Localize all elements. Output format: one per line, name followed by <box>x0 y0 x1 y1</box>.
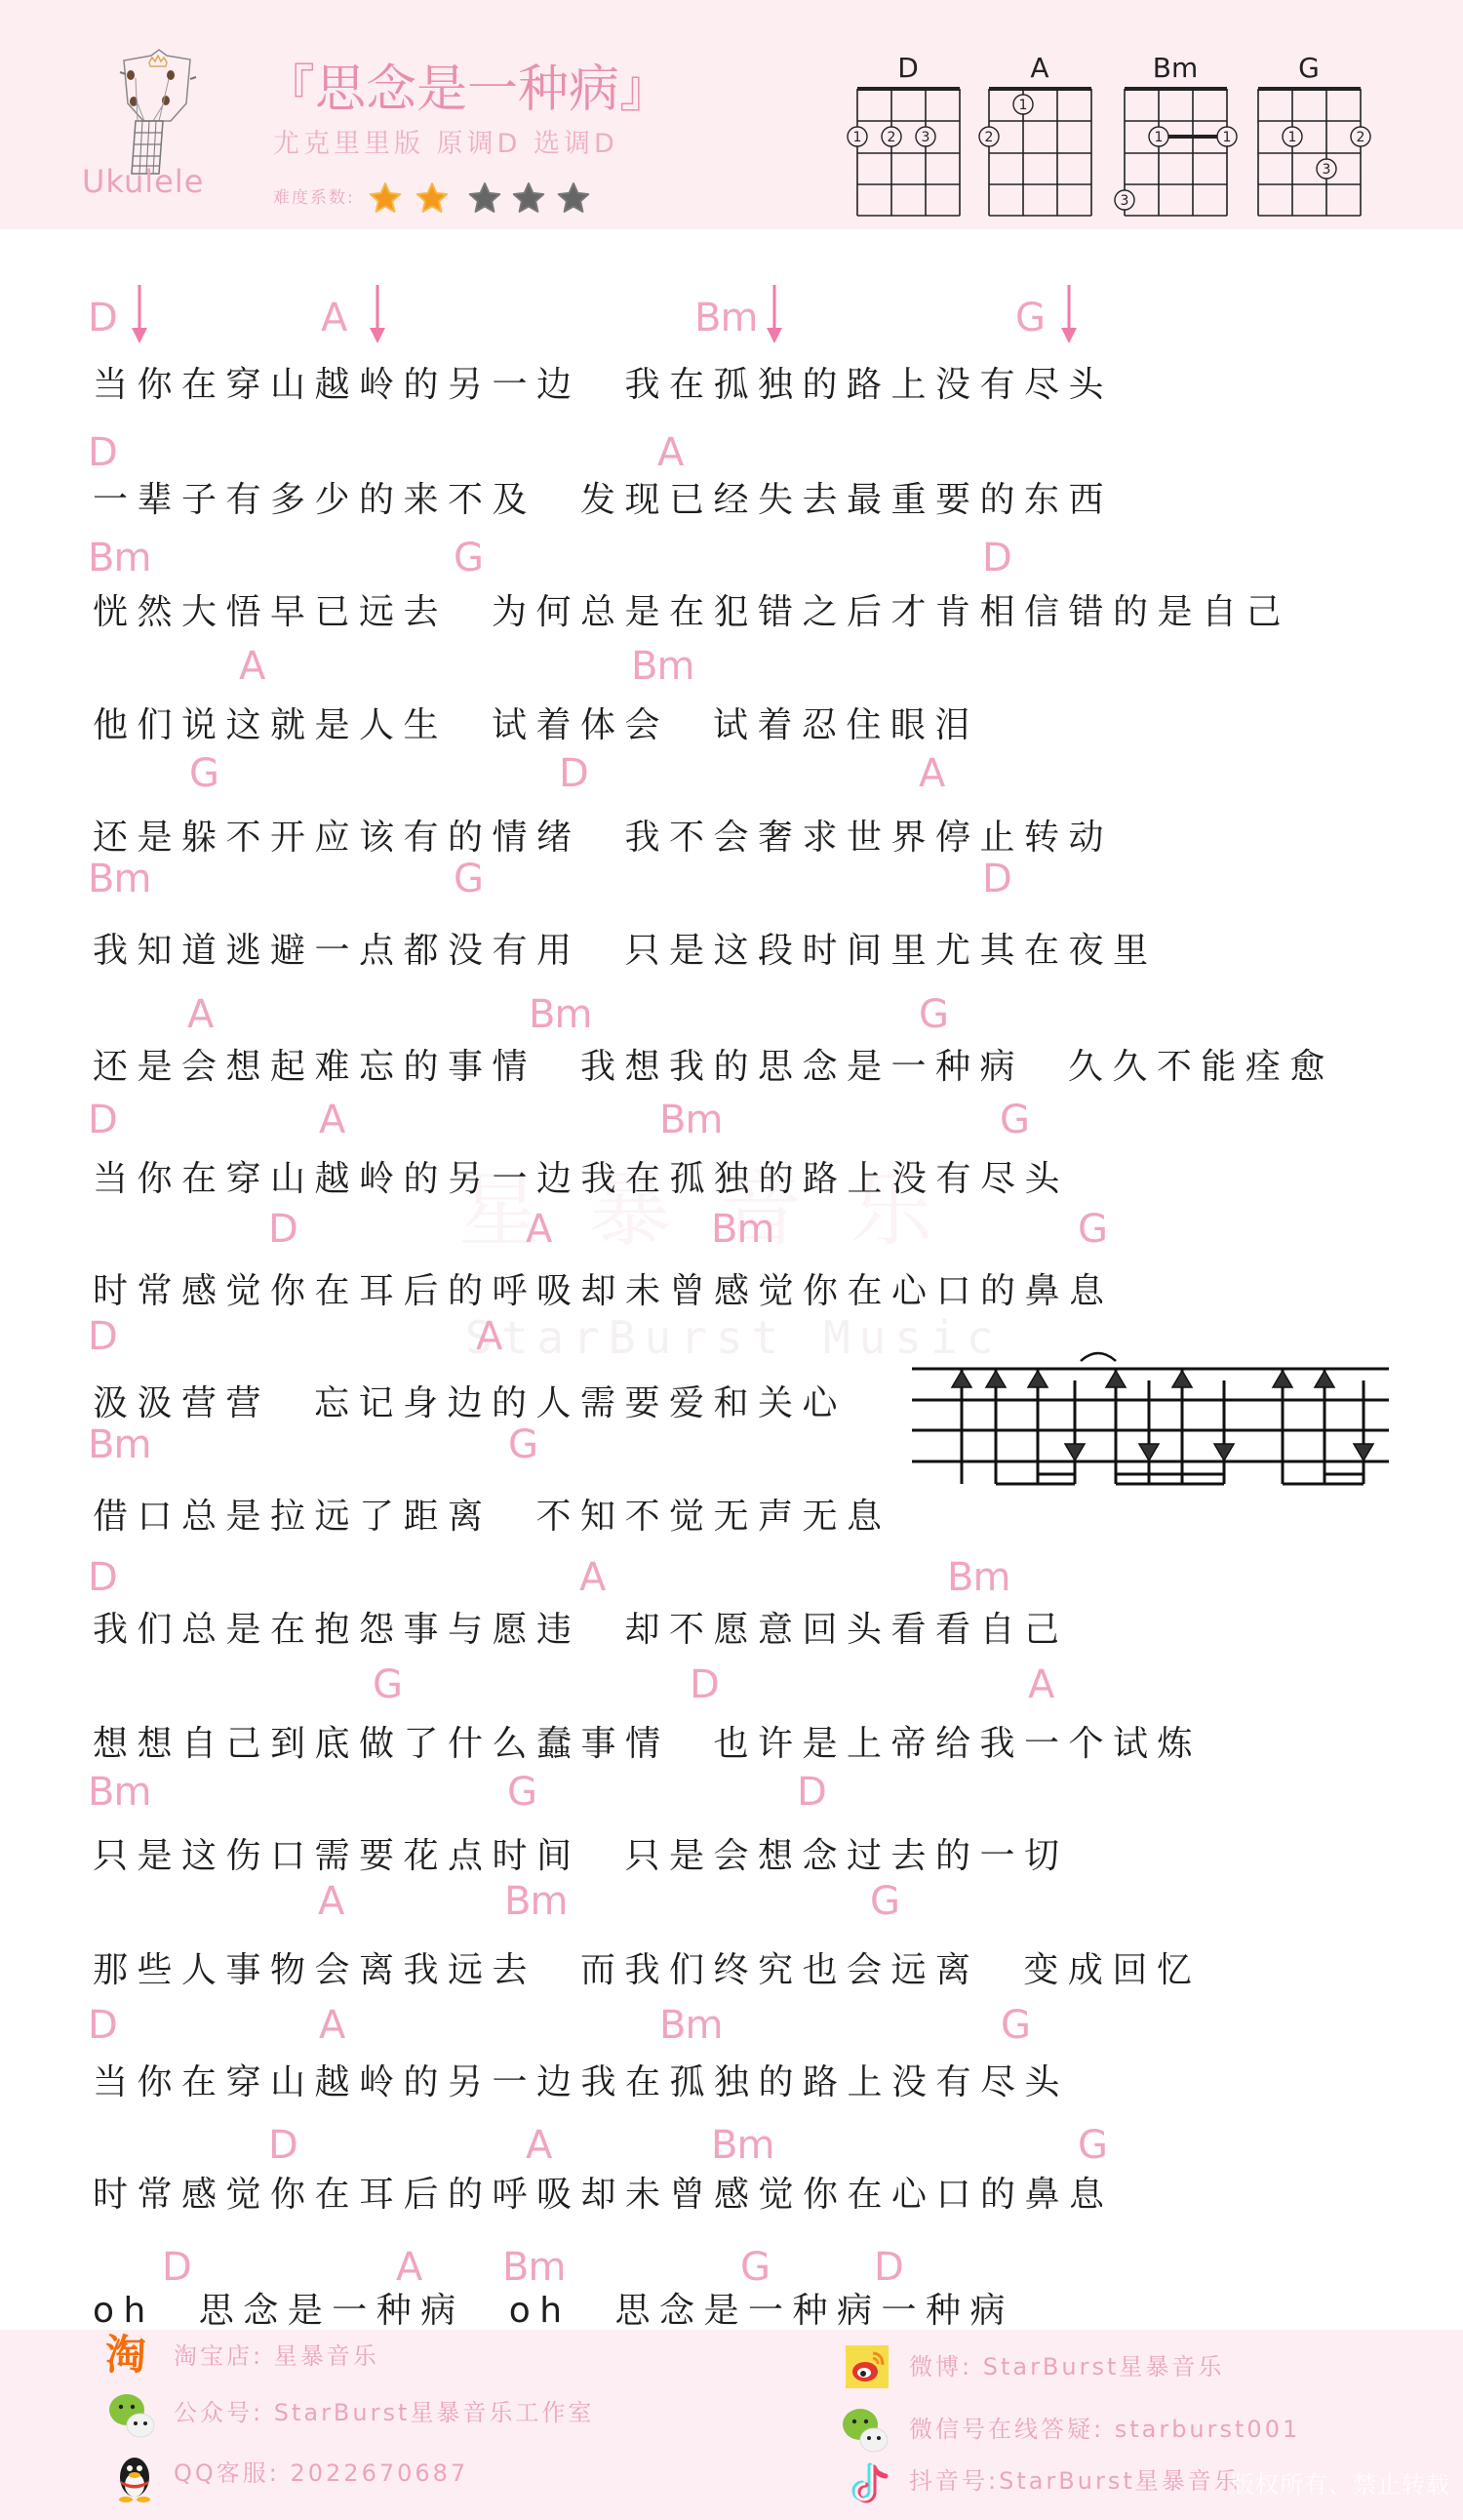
lyric-line: oh 思念是一种病 oh 思念是一种病一种病 <box>93 2292 1014 2331</box>
chord-label: D <box>982 858 1011 900</box>
lyric-line: 当你在穿山越岭的另一边我在孤独的路上没有尽头 <box>93 2063 1069 2102</box>
chord-label: Bm <box>711 1208 773 1251</box>
strum-up-arrow-icon <box>986 1371 1006 1387</box>
chord-label: Bm <box>659 2004 722 2047</box>
chord-label: G <box>1015 297 1045 340</box>
lyric-line: 当你在穿山越岭的另一边我在孤独的路上没有尽头 <box>93 1160 1069 1199</box>
difficulty-label: 难度系数: <box>273 186 355 210</box>
finger-number: 1 <box>1288 130 1297 145</box>
chord-label: Bm <box>504 1880 567 1923</box>
chord-label: Bm <box>631 645 693 688</box>
lyric-line: 借口总是拉远了距离 不知不觉无声无息 <box>93 1498 890 1537</box>
lyric-line: 恍然大悟早已远去 为何总是在犯错之后才肯相信错的是自己 <box>93 593 1290 632</box>
chord-label: G <box>740 2246 770 2289</box>
chord-label: A <box>476 1315 501 1358</box>
strum-up-arrow-icon <box>952 1371 971 1387</box>
chord-label: D <box>268 2124 297 2167</box>
lyric-line: 我们总是在抱怨事与愿违 却不愿意回头看看自己 <box>93 1611 1068 1650</box>
copyright-watermark: 版权所有、禁止转载 <box>1231 2470 1450 2500</box>
strum-up-arrow-icon <box>1273 1371 1292 1387</box>
chord-row: Bm G D <box>0 1771 1463 1814</box>
chord-diagram-name: G <box>1298 52 1320 84</box>
chord-label: G <box>189 752 218 795</box>
chord-row: D A <box>0 431 1463 474</box>
finger-number: 1 <box>1019 98 1028 113</box>
finger-number: 2 <box>888 130 896 145</box>
chord-label: D <box>88 1556 117 1599</box>
chord-label: Bm <box>694 297 757 340</box>
chord-label: Bm <box>88 858 150 900</box>
star-empty-icon <box>468 181 501 215</box>
chord-label: G <box>1001 2004 1030 2047</box>
wechat-icon <box>841 2405 891 2456</box>
lyric-line: 时常感觉你在耳后的呼吸却未曾感觉你在心口的鼻息 <box>93 1272 1114 1311</box>
strum-down-arrow-icon <box>1214 1444 1234 1460</box>
lyric-line: 当你在穿山越岭的另一边 我在孤独的路上没有尽头 <box>93 366 1113 405</box>
chord-label: G <box>454 537 483 580</box>
footer-qq-text: QQ客服: 2022670687 <box>174 2459 468 2488</box>
strum-up-arrow-icon <box>1172 1371 1192 1387</box>
song-subtitle: 尤克里里版 原调D 选调D <box>273 128 618 161</box>
lyric-line: 汲汲营营 忘记身边的人需要爱和关心 <box>93 1384 847 1423</box>
chord-row: D A Bm G <box>0 1208 1463 1251</box>
chord-label: A <box>319 2004 344 2047</box>
strum-pattern-diagram <box>897 1341 1404 1498</box>
header: Ukulele 『思念是一种病』 尤克里里版 原调D 选调D 难度系数: D 1… <box>0 0 1463 229</box>
chord-label: Bm <box>659 1099 722 1141</box>
star-empty-icon <box>557 181 590 215</box>
star-empty-icon <box>512 181 545 215</box>
qq-icon <box>114 2454 155 2504</box>
chord-label: A <box>321 297 346 340</box>
chord-diagram-name: A <box>1030 52 1048 84</box>
chord-label: G <box>507 1771 536 1814</box>
lyric-line: 只是这伤口需要花点时间 只是会想念过去的一切 <box>93 1837 1068 1876</box>
chord-label: A <box>526 1208 551 1251</box>
chord-row: D A Bm G <box>0 2004 1463 2047</box>
lyric-line: 他们说这就是人生 试着体会 试着忍住眼泪 <box>93 706 979 745</box>
chord-label: Bm <box>88 1771 150 1814</box>
douyin-icon <box>850 2461 891 2506</box>
lyric-line: 我知道逃避一点都没有用 只是这段时间里尤其在夜里 <box>93 932 1157 971</box>
strum-down-arrow-icon <box>1065 1444 1085 1460</box>
chord-label: A <box>1028 1663 1053 1706</box>
footer-wechat-account-text: 公众号: StarBurst星暴音乐工作室 <box>174 2398 594 2427</box>
logo-text: Ukulele <box>82 162 204 201</box>
finger-number: 1 <box>853 130 862 145</box>
chord-label: D <box>874 2246 903 2289</box>
chord-label: D <box>268 1208 297 1251</box>
chord-label: Bm <box>947 1556 1009 1599</box>
chord-label: A <box>239 645 264 688</box>
strum-down-arrow-icon <box>764 285 785 345</box>
chord-label: D <box>690 1663 719 1706</box>
chord-row: D A Bm <box>0 1556 1463 1599</box>
chord-diagram-name: D <box>897 52 919 84</box>
chord-label: Bm <box>88 537 150 580</box>
footer-weibo-text: 微博: StarBurst星暴音乐 <box>909 2352 1224 2381</box>
chord-label: Bm <box>529 993 591 1036</box>
chord-label: A <box>526 2124 551 2167</box>
finger-number: 1 <box>1223 130 1232 145</box>
chord-label: A <box>579 1556 605 1599</box>
chord-label: D <box>88 297 117 340</box>
chord-label: A <box>657 431 683 474</box>
chord-label: Bm <box>502 2246 565 2289</box>
chord-label: D <box>559 752 588 795</box>
star-filled-icon <box>415 181 449 215</box>
chord-diagram-d: D 1 2 3 <box>843 44 979 229</box>
finger-number: 3 <box>1121 193 1129 209</box>
chord-label: D <box>88 2004 117 2047</box>
weibo-icon <box>846 2345 889 2388</box>
lyric-line: 还是会想起难忘的事情 我想我的思念是一种病 久久不能痊愈 <box>93 1048 1334 1087</box>
chord-label: A <box>919 752 944 795</box>
chord-diagram-a: A 1 2 <box>974 44 1111 229</box>
chord-label: D <box>797 1771 826 1814</box>
chord-diagram-name: Bm <box>1153 52 1198 84</box>
chord-label: G <box>1000 1099 1029 1141</box>
finger-number: 3 <box>922 130 930 145</box>
strum-down-arrow-icon <box>367 285 388 345</box>
chord-diagram-g: G 1 2 3 <box>1244 44 1380 229</box>
finger-number: 1 <box>1155 130 1164 145</box>
chord-row: A Bm <box>0 645 1463 688</box>
lyric-line: 那些人事物会离我远去 而我们终究也会远离 变成回忆 <box>93 1951 1201 1990</box>
footer-wechat-qa-text: 微信号在线答疑: starburst001 <box>909 2415 1300 2444</box>
lyric-line: 想想自己到底做了什么蠢事情 也许是上帝给我一个试炼 <box>93 1725 1202 1764</box>
chord-label: D <box>88 1099 117 1141</box>
strum-up-arrow-icon <box>1106 1371 1126 1387</box>
chord-label: G <box>373 1663 402 1706</box>
chord-row: G D A <box>0 752 1463 795</box>
chord-row: D A Bm G D <box>0 2246 1463 2289</box>
chord-label: G <box>1078 1208 1107 1251</box>
lyric-line: 一辈子有多少的来不及 发现已经失去最重要的东西 <box>93 481 1113 520</box>
chord-label: G <box>454 858 483 900</box>
chord-label: D <box>162 2246 191 2289</box>
chord-label: Bm <box>88 1423 150 1466</box>
strum-down-arrow-icon <box>1139 1444 1159 1460</box>
chord-label: A <box>187 993 213 1036</box>
chord-label: A <box>319 1099 344 1141</box>
chord-label: G <box>919 993 948 1036</box>
strum-up-arrow-icon <box>1028 1371 1048 1387</box>
strum-down-arrow-icon <box>1354 1444 1373 1460</box>
chord-label: Bm <box>711 2124 773 2167</box>
chord-row: D A Bm G <box>0 1099 1463 1141</box>
chord-row: Bm G D <box>0 537 1463 580</box>
chord-label: D <box>982 537 1011 580</box>
taobao-icon: 淘 <box>105 2333 146 2378</box>
chord-label: D <box>88 1315 117 1358</box>
finger-number: 2 <box>985 130 994 145</box>
footer-taobao-text: 淘宝店: 星暴音乐 <box>174 2341 379 2371</box>
strum-down-arrow-icon <box>1058 285 1080 345</box>
chord-label: D <box>88 431 117 474</box>
chord-row: D A Bm G <box>0 297 1463 340</box>
footer-douyin-text: 抖音号:StarBurst星暴音乐 <box>909 2466 1241 2496</box>
chord-row: A Bm G <box>0 993 1463 1036</box>
wechat-icon <box>107 2390 158 2441</box>
tie-arc <box>1081 1353 1116 1361</box>
chord-label: A <box>318 1880 343 1923</box>
finger-number: 2 <box>1357 130 1365 145</box>
chord-label: G <box>1078 2124 1107 2167</box>
lyric-line: 时常感觉你在耳后的呼吸却未曾感觉你在心口的鼻息 <box>93 2176 1114 2215</box>
song-title: 『思念是一种病』 <box>264 59 670 121</box>
chord-row: A Bm G <box>0 1880 1463 1923</box>
lyric-line: 还是躲不开应该有的情绪 我不会奢求世界停止转动 <box>93 819 1113 858</box>
chord-diagram-bm: Bm 1 1 3 <box>1110 44 1246 229</box>
chord-label: A <box>396 2246 421 2289</box>
strum-down-arrow-icon <box>129 285 150 345</box>
star-filled-icon <box>369 181 402 215</box>
chord-row: D A Bm G <box>0 2124 1463 2167</box>
strum-up-arrow-icon <box>1315 1371 1334 1387</box>
chord-label: G <box>870 1880 899 1923</box>
finger-number: 3 <box>1323 162 1331 178</box>
chord-row: G D A <box>0 1663 1463 1706</box>
chord-label: G <box>508 1423 537 1466</box>
chord-row: Bm G D <box>0 858 1463 900</box>
